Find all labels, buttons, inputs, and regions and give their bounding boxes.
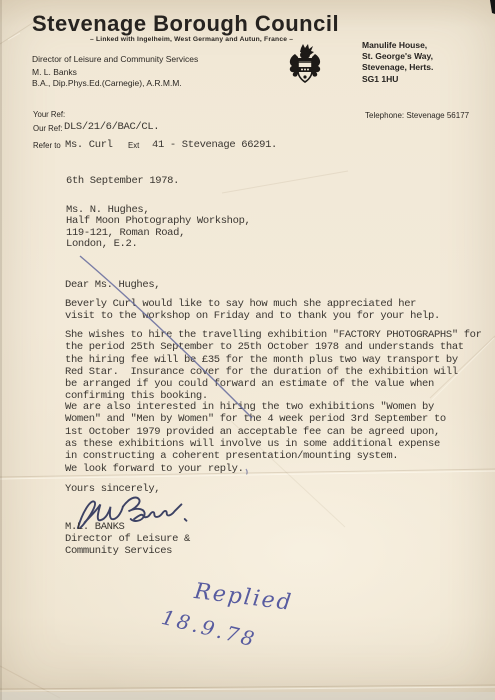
recipient-address: Ms. N. Hughes, Half Moon Photography Wor… — [66, 205, 250, 251]
officer-name: M. L. Banks — [32, 67, 77, 77]
telephone-line: Telephone: Stevenage 56177 — [365, 111, 469, 120]
paragraph-1: Beverly Curl would like to say how much … — [65, 298, 440, 323]
salutation: Dear Ms. Hughes, — [65, 279, 160, 291]
paragraph-3: We are also interested in hiring the two… — [65, 401, 446, 462]
ext-value: 41 - Stevenage 66291. — [152, 139, 277, 151]
scan-corner-mark — [490, 0, 495, 14]
our-ref-value: DLS/21/6/BAC/CL. — [64, 121, 159, 133]
letterhead-subtitle: – Linked with Ingelheim, West Germany an… — [90, 36, 293, 43]
paragraph-4: We look forward to your reply. — [65, 463, 244, 475]
our-ref-label: Our Ref: — [33, 124, 62, 133]
office-address: Manulife House, St. George's Way, Steven… — [362, 40, 433, 85]
letterhead-title: Stevenage Borough Council — [32, 11, 339, 37]
handwritten-note-date: 18.9.78 — [159, 605, 259, 652]
signatory-title: Director of Leisure & Community Services — [65, 533, 190, 557]
ext-label: Ext — [128, 141, 139, 150]
handwritten-note-replied: Replied — [193, 579, 294, 616]
officer-qualifications: B.A., Dip.Phys.Ed.(Carnegie), A.R.M.M. — [32, 78, 182, 88]
refer-to-value: Ms. Curl — [65, 139, 113, 151]
letter-date: 6th September 1978. — [66, 175, 179, 187]
your-ref-label: Your Ref: — [33, 110, 65, 119]
department-line: Director of Leisure and Community Servic… — [32, 54, 198, 64]
refer-to-label: Refer to — [33, 141, 61, 150]
signatory-name: M.L. BANKS — [65, 521, 125, 533]
scanned-letter-page: Stevenage Borough Council – Linked with … — [0, 0, 495, 700]
paragraph-2: She wishes to hire the travelling exhibi… — [65, 329, 482, 403]
coat-of-arms-icon — [286, 42, 324, 98]
